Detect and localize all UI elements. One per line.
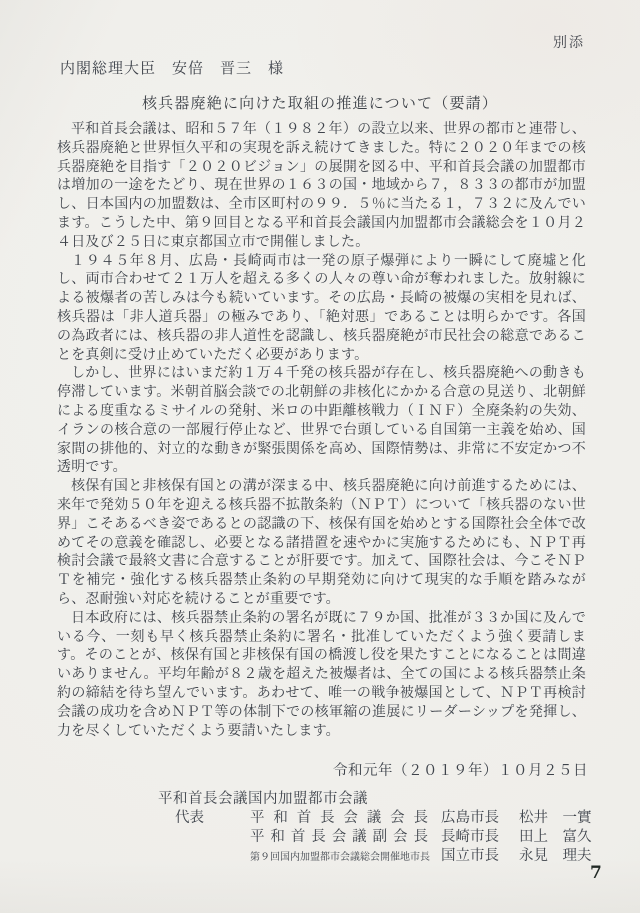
page-number: 7 — [590, 863, 602, 883]
body-paragraph: 平和首長会議は、昭和５７年（１９８２年）の設立以来、世界の都市と連帯し、核兵器廃… — [57, 121, 586, 253]
signature-city: 広島市長 — [441, 809, 505, 828]
organization-line: 平和首長会議国内加盟都市会議 — [158, 787, 368, 808]
body-paragraph: 核保有国と非核保有国との溝が深まる中、核兵器廃絶に向け前進するためには、来年で発… — [57, 478, 586, 610]
body-paragraph: 日本政府には、核兵器禁止条約の署名が既に７９か国、批准が３３か国に及んでいる今、… — [57, 610, 586, 742]
addressee-line: 内閣総理大臣 安倍 晋三 様 — [60, 57, 284, 78]
signature-role: 第９回国内加盟都市会議総会開催地市長 — [250, 848, 428, 867]
signature-name: 永見 理夫 — [519, 847, 592, 866]
signature-role: 平和首長会議会長 — [250, 809, 428, 828]
signature-role: 平和首長会議副会長 — [250, 828, 428, 847]
signature-row: 平和首長会議副会長長崎市長田上 富久 — [175, 828, 592, 847]
letter-body: 平和首長会議は、昭和５７年（１９８２年）の設立以来、世界の都市と連帯し、核兵器廃… — [57, 121, 586, 741]
body-paragraph: しかし、世界にはいまだ約１万４千発の核兵器が存在し、核兵器廃絶への動きも停滞して… — [57, 365, 586, 478]
signature-city: 国立市長 — [441, 847, 505, 866]
signature-name: 松井 一實 — [519, 809, 592, 828]
document-title: 核兵器廃絶に向けた取組の推進について（要請） — [0, 92, 640, 113]
signature-name: 田上 富久 — [519, 828, 592, 847]
signature-city: 長崎市長 — [441, 828, 505, 847]
date-line: 令和元年（２０１９年）１０月２５日 — [333, 759, 588, 780]
corner-note: 別添 — [553, 32, 585, 52]
scanned-letter-page: 別添 内閣総理大臣 安倍 晋三 様 核兵器廃絶に向けた取組の推進について（要請）… — [0, 0, 640, 913]
body-paragraph: １９４５年８月、広島・長崎両市は一発の原子爆弾により一瞬にして廃墟と化し、両市合… — [57, 253, 586, 366]
signature-prefix: 代表 — [175, 809, 250, 828]
signature-row: 第９回国内加盟都市会議総会開催地市長国立市長永見 理夫 — [175, 847, 592, 866]
signature-row: 代表平和首長会議会長広島市長松井 一實 — [175, 809, 592, 828]
signature-block: 代表平和首長会議会長広島市長松井 一實 平和首長会議副会長長崎市長田上 富久 第… — [175, 809, 592, 866]
